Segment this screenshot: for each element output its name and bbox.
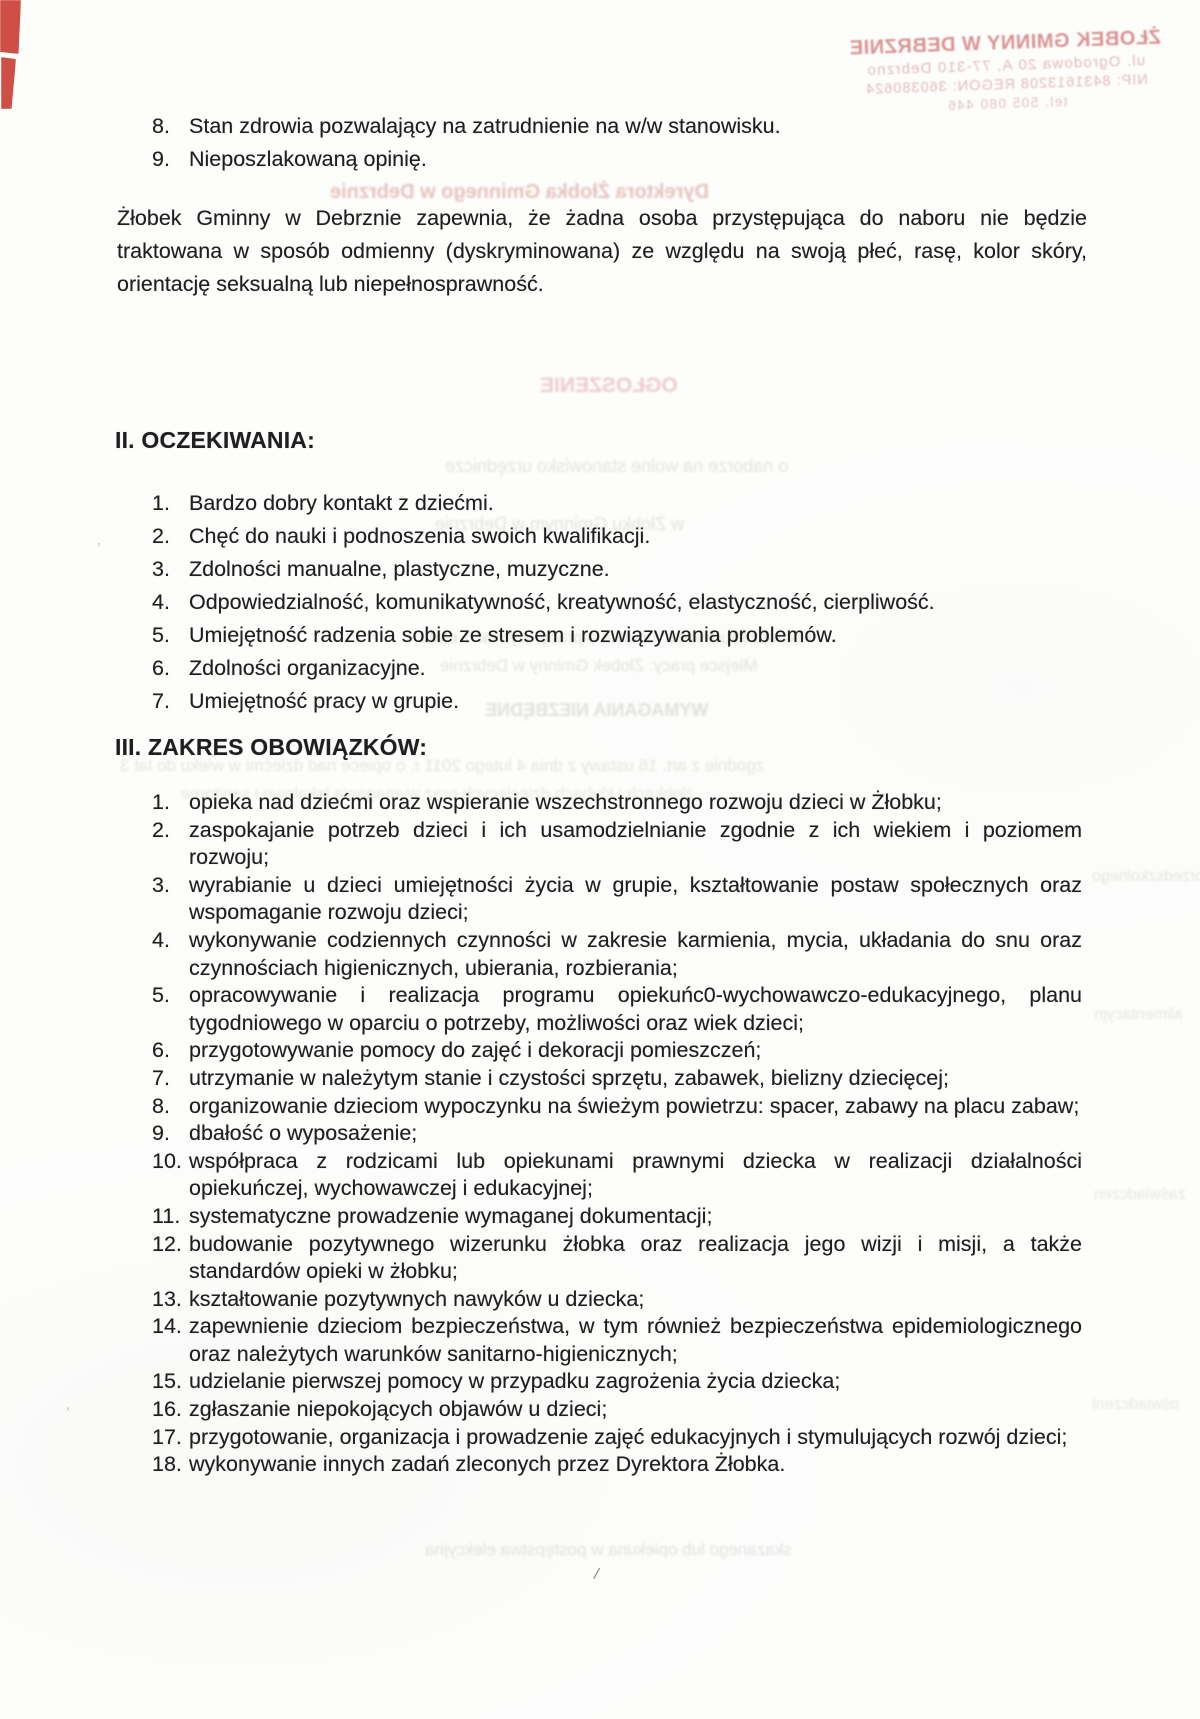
bleedthrough-text: Dyrektora Żłobka Gminnego w Debrznie [330, 181, 709, 204]
list-item-number: 12. [152, 1231, 189, 1259]
list-item-number: 6. [152, 652, 189, 685]
list-item: 2.zaspokajanie potrzeb dzieci i ich usam… [152, 817, 1082, 872]
list-item-number: 2. [152, 520, 189, 553]
list-item: 2.Chęć do nauki i podnoszenia swoich kwa… [152, 520, 1087, 553]
list-item-text: udzielanie pierwszej pomocy w przypadku … [189, 1368, 1082, 1396]
list-item-text: wykonywanie codziennych czynności w zakr… [189, 927, 1082, 982]
list-item: 14.zapewnienie dzieciom bezpieczeństwa, … [152, 1313, 1082, 1368]
list-item-number: 9. [152, 143, 189, 176]
scan-edge-artifact [0, 0, 21, 54]
list-item-number: 18. [152, 1451, 189, 1479]
list-item-text: przygotowanie, organizacja i prowadzenie… [189, 1424, 1082, 1452]
list-item-text: opieka nad dziećmi oraz wspieranie wszec… [189, 789, 1082, 817]
list-item-text: współpraca z rodzicami lub opiekunami pr… [189, 1148, 1082, 1203]
list-item-number: 1. [152, 487, 189, 520]
list-item-text: Nieposzlakowaną opinię. [189, 143, 1092, 176]
list-item: 11.systematyczne prowadzenie wymaganej d… [152, 1203, 1082, 1231]
list-item: 8.organizowanie dzieciom wypoczynku na ś… [152, 1093, 1082, 1121]
bleedthrough-text: o naborze na wolne stanowisko urzędnicze [445, 456, 788, 477]
list-item-text: zgłaszanie niepokojących objawów u dziec… [189, 1396, 1082, 1424]
stray-mark: , [66, 1396, 70, 1412]
list-item: 4.wykonywanie codziennych czynności w za… [152, 927, 1082, 982]
list-item: 8.Stan zdrowia pozwalający na zatrudnien… [152, 110, 1092, 143]
list-item-text: Odpowiedzialność, komunikatywność, kreat… [189, 586, 1087, 619]
list-item: 5.opracowywanie i realizacja programu op… [152, 982, 1082, 1037]
document-page: ŻŁOBEK GMINNY W DEBRZNIE ul. Ogrodowa 20… [0, 0, 1200, 1719]
list-item: 18.wykonywanie innych zadań zleconych pr… [152, 1451, 1082, 1479]
list-item-text: wyrabianie u dzieci umiejętności życia w… [189, 872, 1082, 927]
bleedthrough-text: oświadczeni [1092, 1396, 1179, 1414]
list-item-text: Umiejętność radzenia sobie ze stresem i … [189, 619, 1087, 652]
list-item-text: Chęć do nauki i podnoszenia swoich kwali… [189, 520, 1087, 553]
list-item-text: budowanie pozytywnego wizerunku żłobka o… [189, 1231, 1082, 1286]
list-item: 1.opieka nad dziećmi oraz wspieranie wsz… [152, 789, 1082, 817]
bleedthrough-text: przedszkolnego [1092, 868, 1200, 886]
list-item-text: Umiejętność pracy w grupie. [189, 685, 1087, 718]
list-item-number: 6. [152, 1037, 189, 1065]
list-item-number: 2. [152, 817, 189, 845]
list-item-number: 9. [152, 1120, 189, 1148]
list-item-text: Bardzo dobry kontakt z dziećmi. [189, 487, 1087, 520]
list-item-number: 4. [152, 586, 189, 619]
list-item: 15.udzielanie pierwszej pomocy w przypad… [152, 1368, 1082, 1396]
scan-edge-artifact [1, 57, 16, 109]
list-item: 16.zgłaszanie niepokojących objawów u dz… [152, 1396, 1082, 1424]
list-item: 9.Nieposzlakowaną opinię. [152, 143, 1092, 176]
list-item-text: przygotowywanie pomocy do zajęć i dekora… [189, 1037, 1082, 1065]
list-item: 7.Umiejętność pracy w grupie. [152, 685, 1087, 718]
list-item: 1.Bardzo dobry kontakt z dziećmi. [152, 487, 1087, 520]
section-title-expectations: II. OCZEKIWANIA: [115, 427, 315, 454]
list-item: 6.przygotowywanie pomocy do zajęć i deko… [152, 1037, 1082, 1065]
list-item: 13.kształtowanie pozytywnych nawyków u d… [152, 1286, 1082, 1314]
list-item-number: 3. [152, 872, 189, 900]
list-item-number: 10. [152, 1148, 189, 1176]
list-item: 10.współpraca z rodzicami lub opiekunami… [152, 1148, 1082, 1203]
list-item-text: dbałość o wyposażenie; [189, 1120, 1082, 1148]
list-item: 9.dbałość o wyposażenie; [152, 1120, 1082, 1148]
list-item-text: utrzymanie w należytym stanie i czystośc… [189, 1065, 1082, 1093]
list-item-text: organizowanie dzieciom wypoczynku na świ… [189, 1093, 1082, 1121]
list-item-text: opracowywanie i realizacja programu opie… [189, 982, 1082, 1037]
list-item-number: 17. [152, 1424, 189, 1452]
section-title-duties: III. ZAKRES OBOWIĄZKÓW: [115, 734, 427, 761]
list-item-text: zapewnienie dzieciom bezpieczeństwa, w t… [189, 1313, 1082, 1368]
expectations-list: 1.Bardzo dobry kontakt z dziećmi.2.Chęć … [152, 487, 1087, 718]
list-item: 12.budowanie pozytywnego wizerunku żłobk… [152, 1231, 1082, 1286]
list-item-number: 14. [152, 1313, 189, 1341]
list-item-number: 7. [152, 1065, 189, 1093]
stamp: ŻŁOBEK GMINNY W DEBRZNIE ul. Ogrodowa 20… [827, 24, 1186, 119]
bleedthrough-text: alimentacyjn [1094, 1006, 1183, 1024]
duties-list: 1.opieka nad dziećmi oraz wspieranie wsz… [152, 789, 1082, 1479]
list-item-number: 11. [152, 1203, 189, 1231]
non-discrimination-paragraph: Żłobek Gminny w Debrznie zapewnia, że ża… [117, 202, 1087, 301]
list-item-text: Stan zdrowia pozwalający na zatrudnienie… [189, 110, 1092, 143]
list-item-text: wykonywanie innych zadań zleconych przez… [189, 1451, 1082, 1479]
list-item-number: 15. [152, 1368, 189, 1396]
list-item-number: 5. [152, 982, 189, 1010]
list-item-text: Zdolności manualne, plastyczne, muzyczne… [189, 553, 1087, 586]
list-item-number: 8. [152, 110, 189, 143]
list-item: 5.Umiejętność radzenia sobie ze stresem … [152, 619, 1087, 652]
stray-mark: ’ [97, 540, 100, 557]
requirements-list-continued: 8.Stan zdrowia pozwalający na zatrudnien… [152, 110, 1092, 176]
list-item-number: 7. [152, 685, 189, 718]
list-item: 4.Odpowiedzialność, komunikatywność, kre… [152, 586, 1087, 619]
list-item-text: Zdolności organizacyjne. [189, 652, 1087, 685]
list-item-number: 5. [152, 619, 189, 652]
list-item-number: 13. [152, 1286, 189, 1314]
bleedthrough-text: OGŁOSZENIE [540, 374, 678, 398]
list-item-number: 8. [152, 1093, 189, 1121]
list-item: 3.wyrabianie u dzieci umiejętności życia… [152, 872, 1082, 927]
list-item: 7.utrzymanie w należytym stanie i czysto… [152, 1065, 1082, 1093]
list-item-number: 16. [152, 1396, 189, 1424]
list-item-number: 1. [152, 789, 189, 817]
list-item: 6.Zdolności organizacyjne. [152, 652, 1087, 685]
list-item-text: zaspokajanie potrzeb dzieci i ich usamod… [189, 817, 1082, 872]
list-item-text: kształtowanie pozytywnych nawyków u dzie… [189, 1286, 1082, 1314]
bleedthrough-text: zaświadczen [1094, 1186, 1186, 1204]
list-item-number: 4. [152, 927, 189, 955]
list-item: 3.Zdolności manualne, plastyczne, muzycz… [152, 553, 1087, 586]
bleedthrough-text: skazanego lub opiekuna w postępstwa elek… [425, 1540, 792, 1560]
stray-mark: / [592, 1566, 601, 1585]
list-item: 17.przygotowanie, organizacja i prowadze… [152, 1424, 1082, 1452]
list-item-text: systematyczne prowadzenie wymaganej doku… [189, 1203, 1082, 1231]
list-item-number: 3. [152, 553, 189, 586]
